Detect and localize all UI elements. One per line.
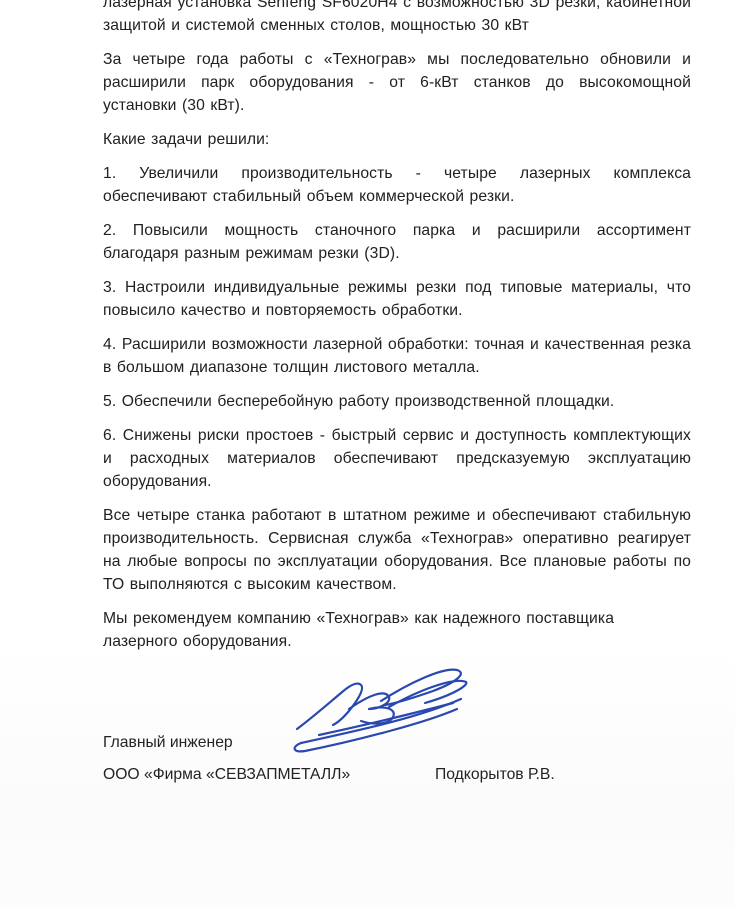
- paragraph-tasks-heading: Какие задачи решили:: [103, 128, 691, 151]
- paragraph-recommendation: Мы рекомендуем компанию «Технограв» как …: [103, 607, 691, 653]
- list-item-2: 2. Повысили мощность станочного парка и …: [103, 219, 691, 265]
- paragraph-equipment-spec: лазерная установка Senfeng SF6020H4 с во…: [103, 0, 691, 37]
- paragraph-summary: Все четыре станка работают в штатном реж…: [103, 504, 691, 596]
- list-item-6: 6. Снижены риски простоев - быстрый серв…: [103, 424, 691, 493]
- signature-block: Главный инженер ООО «Фирма «СЕВЗАПМЕТАЛЛ…: [103, 731, 691, 786]
- signatory-position-title: Главный инженер: [103, 731, 691, 754]
- paragraph-four-years: За четыре года работы с «Технограв» мы п…: [103, 48, 691, 117]
- list-item-3: 3. Настроили индивидуальные режимы резки…: [103, 276, 691, 322]
- signature-row: ООО «Фирма «СЕВЗАПМЕТАЛЛ» Подкорытов Р.В…: [103, 763, 691, 786]
- document-page: лазерная установка Senfeng SF6020H4 с во…: [0, 0, 735, 907]
- list-item-5: 5. Обеспечили бесперебойную работу произ…: [103, 390, 691, 413]
- signatory-name: Подкорытов Р.В.: [435, 763, 555, 786]
- list-item-1: 1. Увеличили производительность - четыре…: [103, 162, 691, 208]
- letter-body: лазерная установка Senfeng SF6020H4 с во…: [103, 0, 691, 786]
- list-item-4: 4. Расширили возможности лазерной обрабо…: [103, 333, 691, 379]
- company-name: ООО «Фирма «СЕВЗАПМЕТАЛЛ»: [103, 766, 350, 783]
